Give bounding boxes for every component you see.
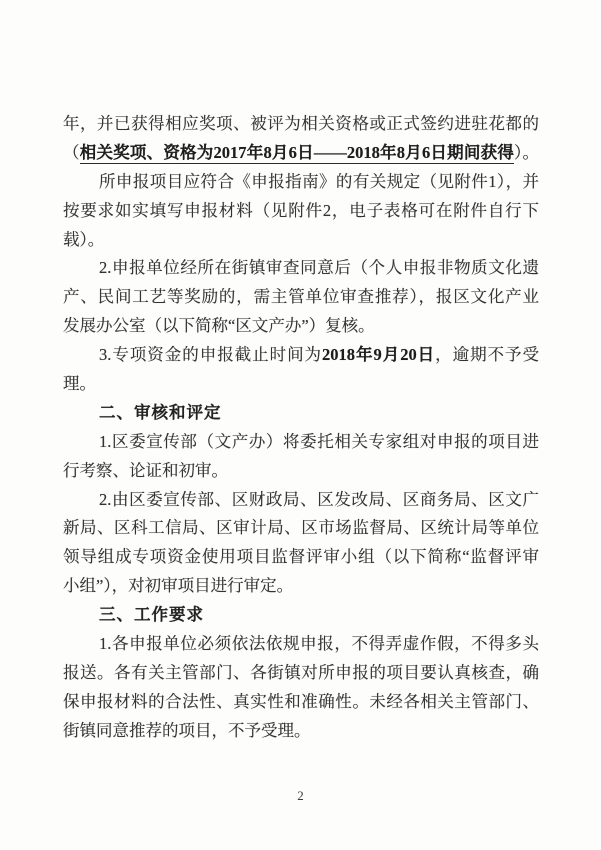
body-line: 新局、区科工信局、区审计局、区市场监督局、区统计局等单位 [63,514,539,543]
section-heading-review: 二、审核和评定 [63,399,539,428]
body-line: 行考察、论证和初审。 [63,457,539,486]
body-line: 按要求如实填写申报材料（见附件2，电子表格可在附件自行下 [63,197,539,226]
body-line: 载）。 [63,226,539,255]
body-line: 理。 [63,370,539,399]
paren-open: （ [63,143,80,162]
body-line: 2.由区委宣传部、区财政局、区发改局、区商务局、区文广 [63,486,539,515]
body-line: 2.申报单位经所在街镇审查同意后（个人申报非物质文化遗 [63,254,539,283]
scanned-document-page: 年，并已获得相应奖项、被评为相关资格或正式签约进驻花都的 （相关奖项、资格为20… [0,0,601,850]
emphasized-award-period: 相关奖项、资格为2017年8月6日——2018年8月6日期间获得 [80,143,514,164]
body-line-deadline: 3.专项资金的申报截止时间为2018年9月20日，逾期不予受 [63,341,539,370]
document-body: 年，并已获得相应奖项、被评为相关资格或正式签约进驻花都的 （相关奖项、资格为20… [63,110,539,746]
body-line: 1.区委宣传部（文产办）将委托相关专家组对申报的项目进 [63,428,539,457]
body-line: 年，并已获得相应奖项、被评为相关资格或正式签约进驻花都的 [63,110,539,139]
body-line: 发展办公室（以下简称“区文产办”）复核。 [63,312,539,341]
body-line: 保申报材料的合法性、真实性和准确性。未经各相关主管部门、 [63,688,539,717]
body-line: 产、民间工艺等奖励的，需主管单位审查推荐），报区文化产业 [63,283,539,312]
section-heading-requirements: 三、工作要求 [63,601,539,630]
deadline-prefix: 3.专项资金的申报截止时间为 [99,345,322,364]
body-line: 所申报项目应符合《申报指南》的有关规定（见附件1），并 [63,168,539,197]
emphasized-deadline-date: 2018年9月20日 [322,345,435,364]
body-line: 街镇同意推荐的项目，不予受理。 [63,717,539,746]
body-line: 1.各申报单位必须依法依规申报，不得弄虚作假，不得多头 [63,630,539,659]
deadline-suffix: ，逾期不予受 [435,345,539,364]
body-line-award-period: （相关奖项、资格为2017年8月6日——2018年8月6日期间获得）。 [63,139,539,168]
body-line: 报送。各有关主管部门、各街镇对所申报的项目要认真核查，确 [63,659,539,688]
body-line: 小组”），对初审项目进行审定。 [63,572,539,601]
body-line: 领导组成专项资金使用项目监督评审小组（以下简称“监督评审 [63,543,539,572]
page-number: 2 [0,788,601,804]
paren-close: ）。 [514,143,539,162]
